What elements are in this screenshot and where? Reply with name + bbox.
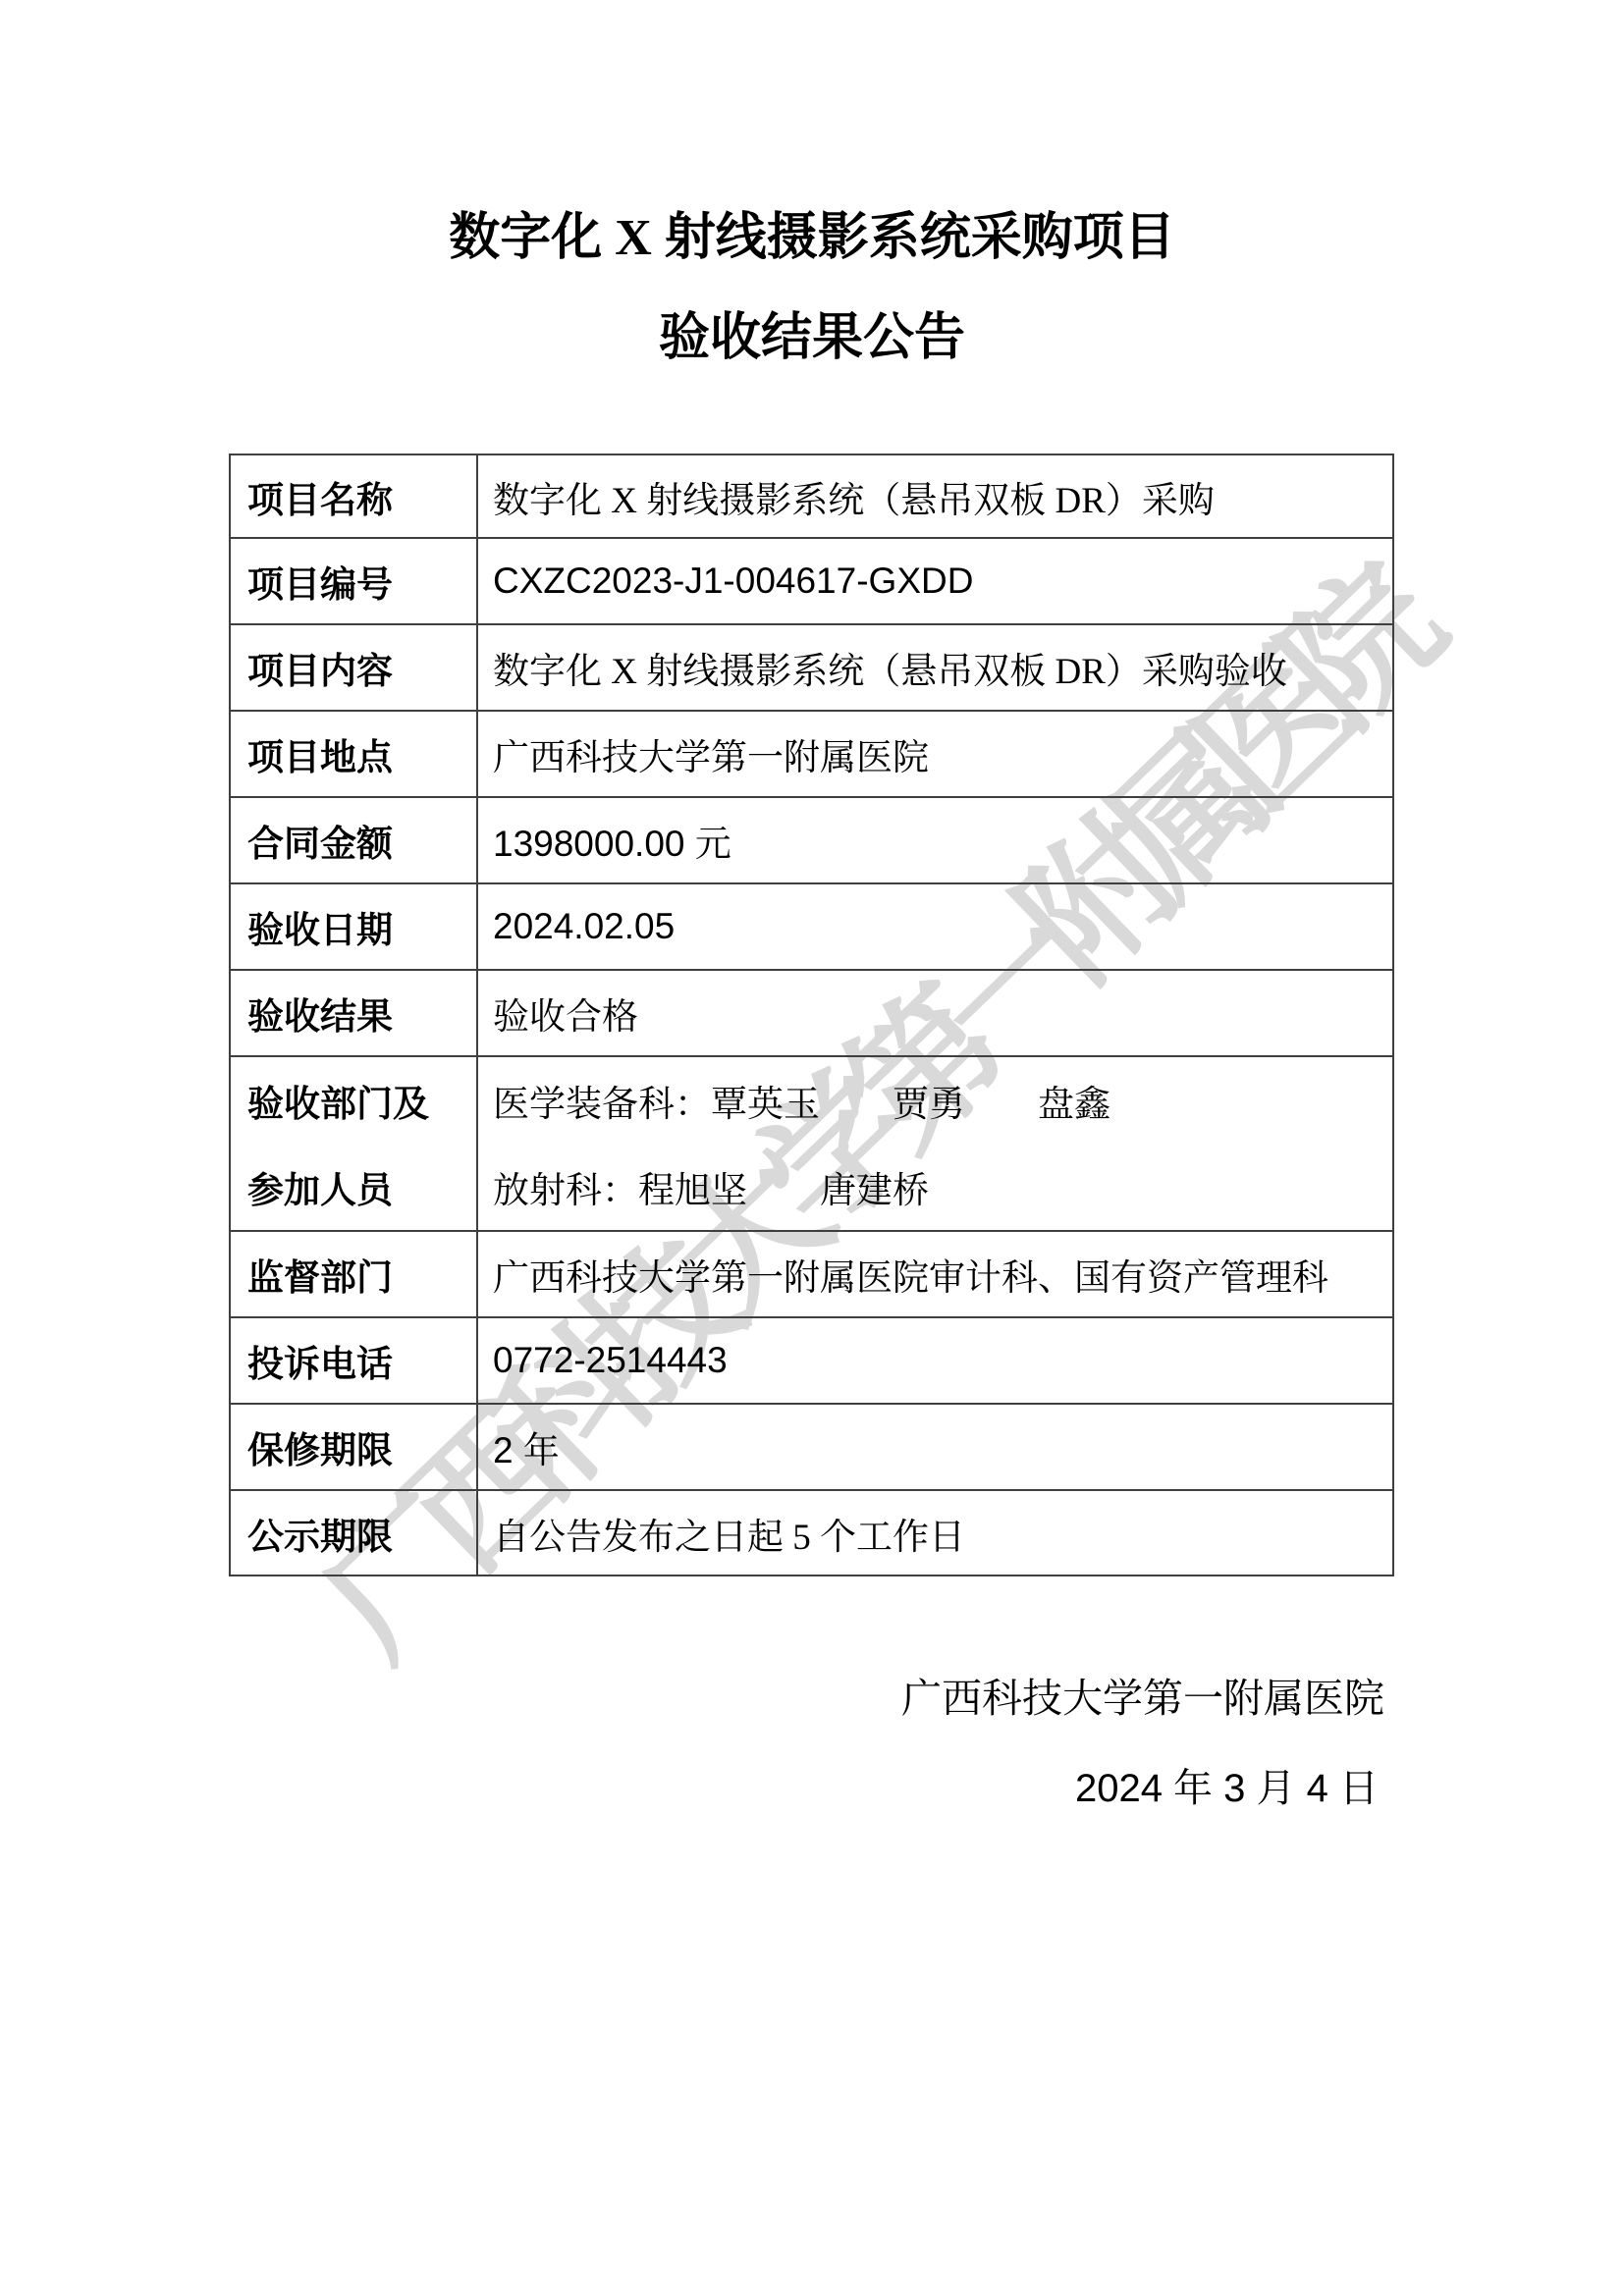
row-label: 验收部门及 参加人员 — [230, 1056, 477, 1231]
table-row-warranty-period: 保修期限 2 年 — [230, 1404, 1393, 1490]
row-label: 验收日期 — [230, 883, 477, 970]
footer-organization: 广西科技大学第一附属医院 — [901, 1669, 1384, 1728]
title-line-1: 数字化 X 射线摄影系统采购项目 — [0, 188, 1624, 289]
row-label: 项目编号 — [230, 538, 477, 624]
row-value: 1398000.00 元 — [477, 797, 1393, 883]
table-row-project-number: 项目编号 CXZC2023-J1-004617-GXDD — [230, 538, 1393, 624]
row-label: 公示期限 — [230, 1490, 477, 1575]
label-line-1: 验收部门及 — [231, 1057, 476, 1144]
row-value: 医学装备科：覃英玉 贾勇 盘鑫 放射科：程旭坚 唐建桥 — [477, 1056, 1393, 1231]
row-label: 项目地点 — [230, 711, 477, 797]
row-label: 监督部门 — [230, 1231, 477, 1317]
info-table: 项目名称 数字化 X 射线摄影系统（悬吊双板 DR）采购 项目编号 CXZC20… — [229, 454, 1394, 1576]
footer: 广西科技大学第一附属医院 2024 年 3 月 4 日 — [901, 1669, 1384, 1810]
table-row-acceptance-result: 验收结果 验收合格 — [230, 970, 1393, 1056]
value-line-2: 放射科：程旭坚 唐建桥 — [478, 1144, 1392, 1230]
row-value: CXZC2023-J1-004617-GXDD — [477, 538, 1393, 624]
row-value: 0772-2514443 — [477, 1317, 1393, 1404]
table-row-acceptance-date: 验收日期 2024.02.05 — [230, 883, 1393, 970]
row-value: 数字化 X 射线摄影系统（悬吊双板 DR）采购 — [477, 454, 1393, 538]
row-label: 项目名称 — [230, 454, 477, 538]
table-row-acceptance-dept-participants: 验收部门及 参加人员 医学装备科：覃英玉 贾勇 盘鑫 放射科：程旭坚 唐建桥 — [230, 1056, 1393, 1231]
title-line-2: 验收结果公告 — [0, 289, 1624, 389]
row-value: 验收合格 — [477, 970, 1393, 1056]
table-row-supervising-dept: 监督部门 广西科技大学第一附属医院审计科、国有资产管理科 — [230, 1231, 1393, 1317]
row-label: 合同金额 — [230, 797, 477, 883]
document-title: 数字化 X 射线摄影系统采购项目 验收结果公告 — [0, 188, 1624, 389]
label-line-2: 参加人员 — [231, 1144, 476, 1230]
row-value: 2 年 — [477, 1404, 1393, 1490]
row-value: 自公告发布之日起 5 个工作日 — [477, 1490, 1393, 1575]
table-row-contract-amount: 合同金额 1398000.00 元 — [230, 797, 1393, 883]
row-value: 2024.02.05 — [477, 883, 1393, 970]
table-row-publicity-period: 公示期限 自公告发布之日起 5 个工作日 — [230, 1490, 1393, 1575]
value-line-1: 医学装备科：覃英玉 贾勇 盘鑫 — [478, 1057, 1392, 1144]
table-row-project-name: 项目名称 数字化 X 射线摄影系统（悬吊双板 DR）采购 — [230, 454, 1393, 538]
document-page: 广西科技大学第一附属医院 数字化 X 射线摄影系统采购项目 验收结果公告 项目名… — [0, 0, 1624, 2296]
footer-date: 2024 年 3 月 4 日 — [901, 1767, 1379, 1810]
row-value: 数字化 X 射线摄影系统（悬吊双板 DR）采购验收 — [477, 624, 1393, 711]
row-label: 项目内容 — [230, 624, 477, 711]
row-label: 保修期限 — [230, 1404, 477, 1490]
table-row-project-content: 项目内容 数字化 X 射线摄影系统（悬吊双板 DR）采购验收 — [230, 624, 1393, 711]
row-label: 验收结果 — [230, 970, 477, 1056]
table-row-complaint-phone: 投诉电话 0772-2514443 — [230, 1317, 1393, 1404]
row-value: 广西科技大学第一附属医院审计科、国有资产管理科 — [477, 1231, 1393, 1317]
table-row-project-location: 项目地点 广西科技大学第一附属医院 — [230, 711, 1393, 797]
row-label: 投诉电话 — [230, 1317, 477, 1404]
row-value: 广西科技大学第一附属医院 — [477, 711, 1393, 797]
